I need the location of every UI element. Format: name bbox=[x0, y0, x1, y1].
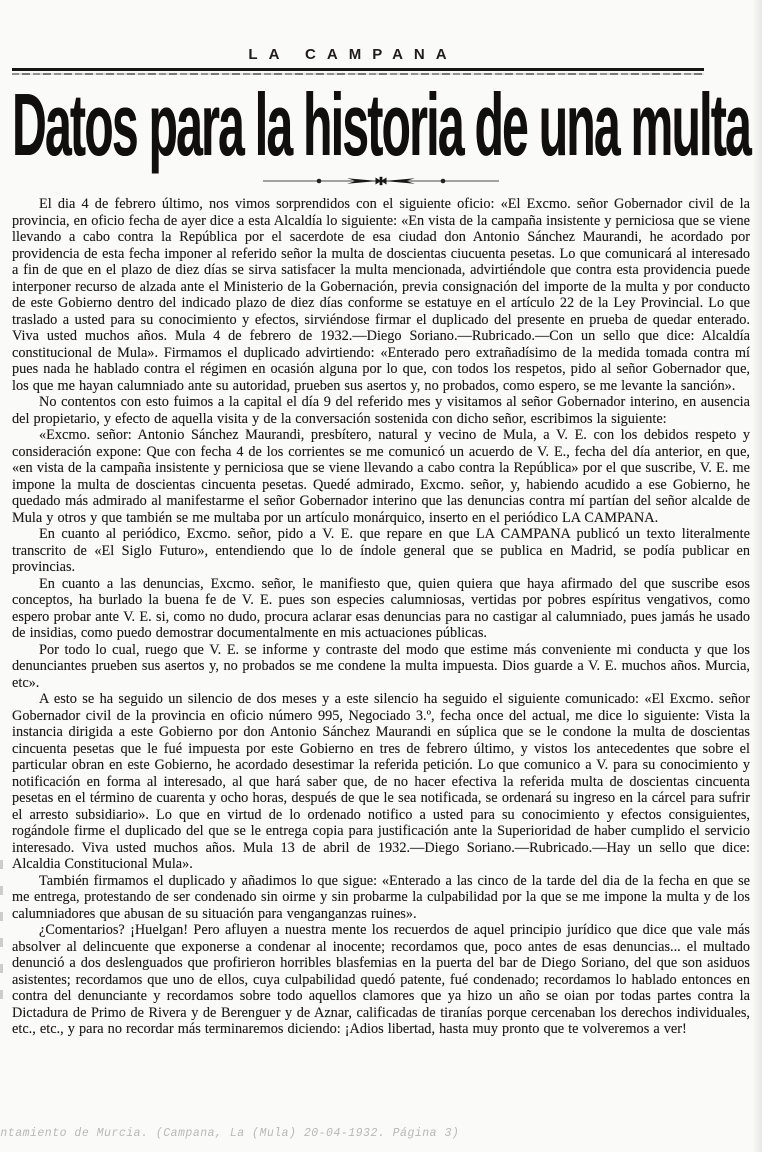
paragraph-comunicado-desestimacion: A esto se ha seguido un silencio de dos … bbox=[12, 691, 750, 873]
paragraph-en-cuanto-periodico: En cuanto al periódico, Excmo. señor, pi… bbox=[12, 526, 750, 576]
paragraph-en-cuanto-denuncias: En cuanto a las denuncias, Excmo. señor,… bbox=[12, 576, 750, 642]
headline-wrap: Datos para la historia de una multa bbox=[12, 88, 750, 162]
paragraph-por-todo-lo-cual: Por todo lo cual, ruego que V. E. se inf… bbox=[12, 642, 750, 692]
masthead: LA CAMPANA bbox=[12, 0, 750, 75]
masthead-rules bbox=[12, 68, 704, 75]
paragraph-comentarios: ¿Comentarios? ¡Huelgan! Pero afluyen a n… bbox=[12, 922, 750, 1038]
paragraph-oficio-multa: El dia 4 de febrero último, nos vimos so… bbox=[12, 196, 750, 394]
paragraph-visita-capital: No contentos con esto fuimos a la capita… bbox=[12, 394, 750, 427]
archive-citation: untamiento de Murcia. (Campana, La (Mula… bbox=[0, 1127, 459, 1140]
paragraph-firma-duplicado: También firmamos el duplicado y añadimos… bbox=[12, 873, 750, 923]
article-body: El dia 4 de febrero último, nos vimos so… bbox=[12, 196, 750, 1038]
masthead-title: LA CAMPANA bbox=[0, 46, 722, 68]
masthead-rule-heavy bbox=[12, 68, 704, 71]
article-headline: Datos para la historia de una multa bbox=[12, 88, 750, 162]
scan-edge-artifact bbox=[0, 860, 3, 1015]
newspaper-page: LA CAMPANA Datos para la historia de una… bbox=[0, 0, 762, 1152]
paragraph-instancia-excmo: «Excmo. señor: Antonio Sánchez Maurandi,… bbox=[12, 427, 750, 526]
ornament-divider-icon bbox=[12, 174, 750, 188]
